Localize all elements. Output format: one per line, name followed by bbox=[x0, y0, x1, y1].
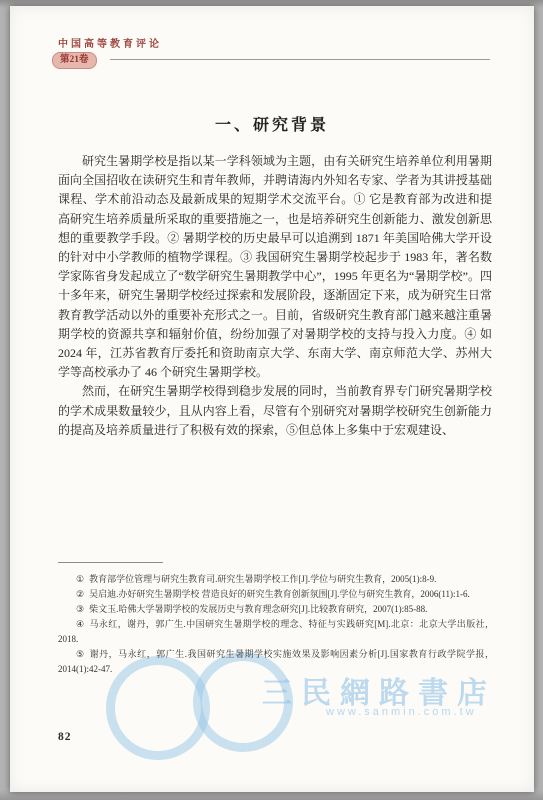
footnote: ⑤谢丹，马永红，郭广生.我国研究生暑期学校实施效果及影响因素分析[J].国家教育… bbox=[58, 647, 494, 677]
section-title: 一、研究背景 bbox=[10, 112, 534, 135]
paragraph: 然而，在研究生暑期学校得到稳步发展的同时，当前教育界专门研究暑期学校的学术成果数… bbox=[58, 382, 492, 440]
page-number: 82 bbox=[58, 731, 72, 743]
body-text: 研究生暑期学校是指以某一学科领域为主题，由有关研究生培养单位利用暑期面向全国招收… bbox=[58, 152, 492, 440]
footnote-marker: ④ bbox=[76, 619, 84, 629]
paragraph: 研究生暑期学校是指以某一学科领域为主题，由有关研究生培养单位利用暑期面向全国招收… bbox=[58, 152, 492, 382]
footnote-text: 马永红，谢丹，郭广生.中国研究生暑期学校的理念、特征与实践研究[M].北京：北京… bbox=[58, 619, 494, 644]
footnote-marker: ① bbox=[76, 574, 84, 584]
footnote: ④马永红，谢丹，郭广生.中国研究生暑期学校的理念、特征与实践研究[M].北京：北… bbox=[58, 617, 494, 647]
footnote-marker: ⑤ bbox=[76, 649, 85, 659]
footnote-text: 柴文玉.哈佛大学暑期学校的发展历史与教育理念研究[J].比较教育研究，2007(… bbox=[89, 604, 427, 614]
journal-title: 中国高等教育评论 bbox=[58, 35, 162, 50]
footnotes: ①教育部学位管理与研究生教育司.研究生暑期学校工作[J].学位与研究生教育，20… bbox=[58, 572, 494, 677]
volume-badge: 第21卷 bbox=[52, 52, 97, 69]
footnote-text: 谢丹，马永红，郭广生.我国研究生暑期学校实施效果及影响因素分析[J].国家教育行… bbox=[58, 649, 494, 674]
footnote-divider bbox=[58, 562, 163, 563]
footnote: ③柴文玉.哈佛大学暑期学校的发展历史与教育理念研究[J].比较教育研究，2007… bbox=[58, 602, 494, 617]
footnote: ②吴启迪.办好研究生暑期学校 营造良好的研究生教育创新氛围[J].学位与研究生教… bbox=[58, 587, 494, 602]
footnote-marker: ② bbox=[76, 589, 84, 599]
footnote-text: 吴启迪.办好研究生暑期学校 营造良好的研究生教育创新氛围[J].学位与研究生教育… bbox=[89, 589, 470, 599]
header-rule bbox=[110, 59, 490, 60]
footnote-marker: ③ bbox=[76, 604, 84, 614]
document-page: 三民網路書店 www.sanmin.com.tw 中国高等教育评论 第21卷 一… bbox=[10, 6, 534, 792]
footnote-text: 教育部学位管理与研究生教育司.研究生暑期学校工作[J].学位与研究生教育，200… bbox=[89, 574, 436, 584]
watermark-url: www.sanmin.com.tw bbox=[326, 706, 477, 718]
footnote: ①教育部学位管理与研究生教育司.研究生暑期学校工作[J].学位与研究生教育，20… bbox=[58, 572, 494, 587]
